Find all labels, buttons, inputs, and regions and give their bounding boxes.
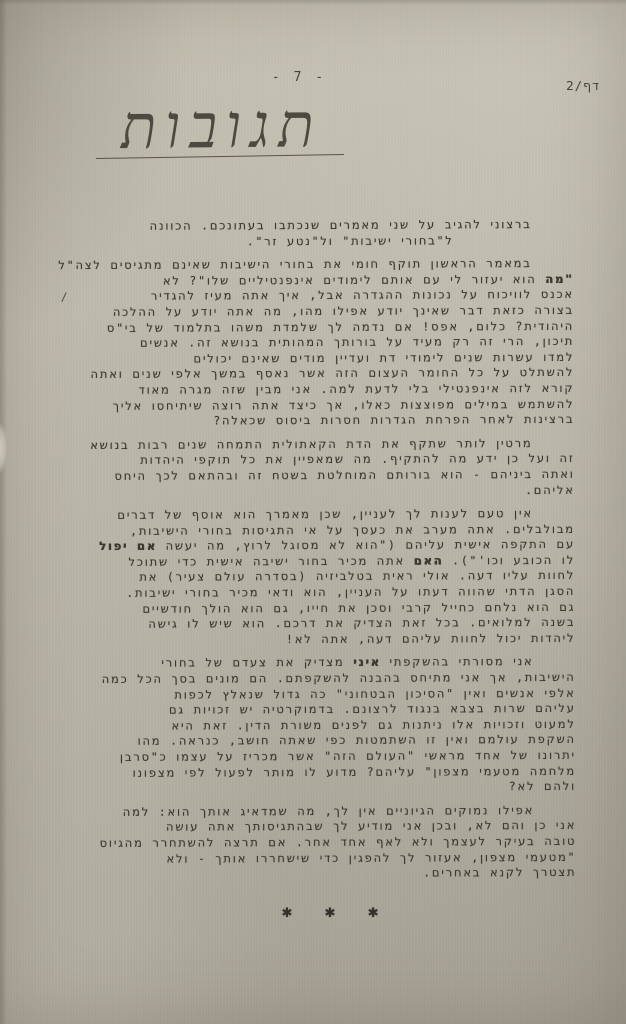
text-segment: בשנה למלואים. בכל זאת הצדיק את דרכם. הוא… xyxy=(148,615,575,631)
text-segment: אני כן והם לא, ובכן אני מודיע לך שבהתגיס… xyxy=(166,818,576,834)
text-segment: אפילו נמוקים הגיוניים אין לך, מה שמדאיג … xyxy=(123,803,534,819)
text-segment: ואתה ביניהם - הוא בורותם המוחלטת בשטח זה… xyxy=(114,467,574,483)
paragraph: אין טעם לענות לך לעניין, שכן מאמרך הוא א… xyxy=(58,506,576,649)
text-line: אליהם. xyxy=(58,482,575,500)
text-segment: אין טעם לענות לך לעניין, שכן מאמרך הוא א… xyxy=(117,506,532,522)
handwritten-title-block: תגובות xyxy=(96,92,348,157)
section-end-asterisks: ✱ ✱ ✱ xyxy=(0,906,626,921)
text-line: ל"בחורי ישיבות" ול"נטע זר". xyxy=(57,232,574,250)
text-segment: ל"בחורי ישיבות" ול"נטע זר". xyxy=(247,233,454,248)
text-segment: למעוט וזכויות אלו ניתנות גם לפנים משורת … xyxy=(171,717,575,733)
paragraph: במאמר הראשון תוקף חומי את בחורי הישיבות … xyxy=(57,256,575,430)
text-segment: היהודית? כלום, אפס! אם נדמה לך שלמדת משה… xyxy=(107,318,574,334)
text-line: מלחמה מטעמי מצפון" עליהם? מדוע לו מותר ל… xyxy=(59,763,576,781)
page-number: - 7 - xyxy=(0,70,626,85)
paragraph: מרטין לותר שתקף את הדת הקאתולית התמחה שנ… xyxy=(57,436,574,501)
text-segment: תצטרך לקנא באחרים. xyxy=(423,865,576,880)
paragraph: אני מסורתי בהשקפתי איני מצדיק את צעדם של… xyxy=(58,654,576,797)
page-title: תגובות xyxy=(121,89,323,165)
text-line: ברצינות לאחר הפרחת הגדרות חסרות ביסוס שכ… xyxy=(57,412,574,430)
text-line: ברצוני להגיב על שני מאמרים שנכתבו בעתונכ… xyxy=(57,217,574,235)
text-segment: תיכון, הרי זה רק מעיד על בורותך המהותית … xyxy=(140,334,574,350)
text-line: ליהדות יכול לחוות עליהם דעה, אתה לא! xyxy=(58,631,575,649)
text-segment: למדו עשרות שנים לימודי דת ועדיין מודים ש… xyxy=(193,350,574,366)
emphasized-text: האם xyxy=(414,553,444,567)
text-segment: ברצוני להגיב על שני מאמרים שנכתבו בעתונכ… xyxy=(150,217,532,233)
text-segment: קורא לזה אינפנטילי בלי לדעת למה. אני מבי… xyxy=(138,381,574,397)
text-segment: יתרונו של אחד מראשי "העולם הזה" אשר מכרי… xyxy=(120,748,576,764)
text-segment: להשתלט על כל החומר העצום הזה אשר נאסף במ… xyxy=(91,365,575,381)
text-segment: אני מסורתי בהשקפתי xyxy=(381,654,534,669)
document-reference: דף/2 xyxy=(566,78,600,93)
text-segment: השקפת עולמם ואין זו השתמטות כפי שאתה חוש… xyxy=(138,732,576,748)
text-segment: עם התקפה אישית עליהם ("הוא לא מסוגל לרוץ… xyxy=(157,537,575,553)
text-segment: זה ועל כן ידע מה להתקיף. מה שמאפיין את כ… xyxy=(140,451,574,467)
text-segment: לחוות עליו דעה. אולי ראית בטלביזיה (בסדר… xyxy=(139,568,575,584)
text-line: ולהם לא? xyxy=(59,779,576,797)
typewritten-body-text: ברצוני להגיב על שני מאמרים שנכתבו בעתונכ… xyxy=(57,217,577,891)
text-segment: בצורה כזאת דבר שאינך יודע אפילו מהו, מה … xyxy=(113,303,574,319)
text-segment: מבולבלים. אתה מערב את כעסך על אי התגיסות… xyxy=(130,522,575,538)
page-left-shadow xyxy=(0,0,7,1024)
page-top-shadow xyxy=(0,0,626,5)
text-segment: אכנס לוויכוח על נכונות ההגדרה אבל, איך א… xyxy=(151,287,574,303)
text-line: תצטרך לקנא באחרים. xyxy=(59,865,576,883)
emphasized-text: אם יפול xyxy=(99,539,157,553)
text-segment: ולהם לא? xyxy=(509,779,576,793)
paragraph: אפילו נמוקים הגיוניים אין לך, מה שמדאיג … xyxy=(59,803,576,883)
text-line: ואתה ביניהם - הוא בורותם המוחלטת בשטח זה… xyxy=(58,467,575,485)
emphasized-text: איני xyxy=(353,655,381,669)
text-segment: הישיבות, אך אני מתיחס בהבנה להשקפתם. הם … xyxy=(102,670,576,686)
emphasized-text: "מה xyxy=(545,272,574,286)
text-segment: במאמר הראשון תוקף חומי את בחורי הישיבות … xyxy=(58,256,531,272)
paragraph: ברצוני להגיב על שני מאמרים שנכתבו בעתונכ… xyxy=(57,217,574,250)
text-segment: מרטין לותר שתקף את הדת הקאתולית התמחה שנ… xyxy=(90,436,532,452)
text-segment: אתה מכיר בחור ישיבה אישית כדי שתוכל xyxy=(128,553,413,568)
scanned-document-page: - 7 - דף/2 תגובות / ברצוני להגיב על שני … xyxy=(0,0,626,1024)
text-segment: ליהדות יכול לחוות עליהם דעה, אתה לא! xyxy=(286,631,575,646)
text-segment: גם הוא נלחם כחייל קרבי וסכן את חייו, גם … xyxy=(142,600,575,616)
text-segment: הוא יעזור לי עם אותם לימודים אינפנטיליים… xyxy=(163,272,545,288)
text-segment: ברצינות לאחר הפרחת הגדרות חסרות ביסוס שכ… xyxy=(213,412,574,428)
text-segment: אליהם. xyxy=(525,482,575,496)
text-segment: "מטעמי מצפון, אעזור לך להפגין כדי שישחרר… xyxy=(166,849,576,865)
text-segment: טובה בעיקר לעצמך ולא לאף אחד אחר. אם תרצ… xyxy=(100,834,577,850)
text-segment: מלחמה מטעמי מצפון" עליהם? מדוע לו מותר ל… xyxy=(133,763,576,779)
text-segment: אלפי אנשים ואין "הסיכון הבטחוני" כה גדול… xyxy=(174,685,575,701)
text-segment: עליהם שרות בצבא בנגוד לרצונם. בדמוקרטיה … xyxy=(169,701,576,717)
text-segment: מצדיק את צעדם של בחורי xyxy=(161,655,353,670)
text-segment: להשתמש במילים מפוצצות כאלו, אך כיצד אתה … xyxy=(113,396,575,412)
text-segment: לו הכובע וכו'"). xyxy=(443,553,575,568)
text-segment: הסגן הדתי שהווה דעתו על העניין, הוא ודאי… xyxy=(126,584,575,600)
